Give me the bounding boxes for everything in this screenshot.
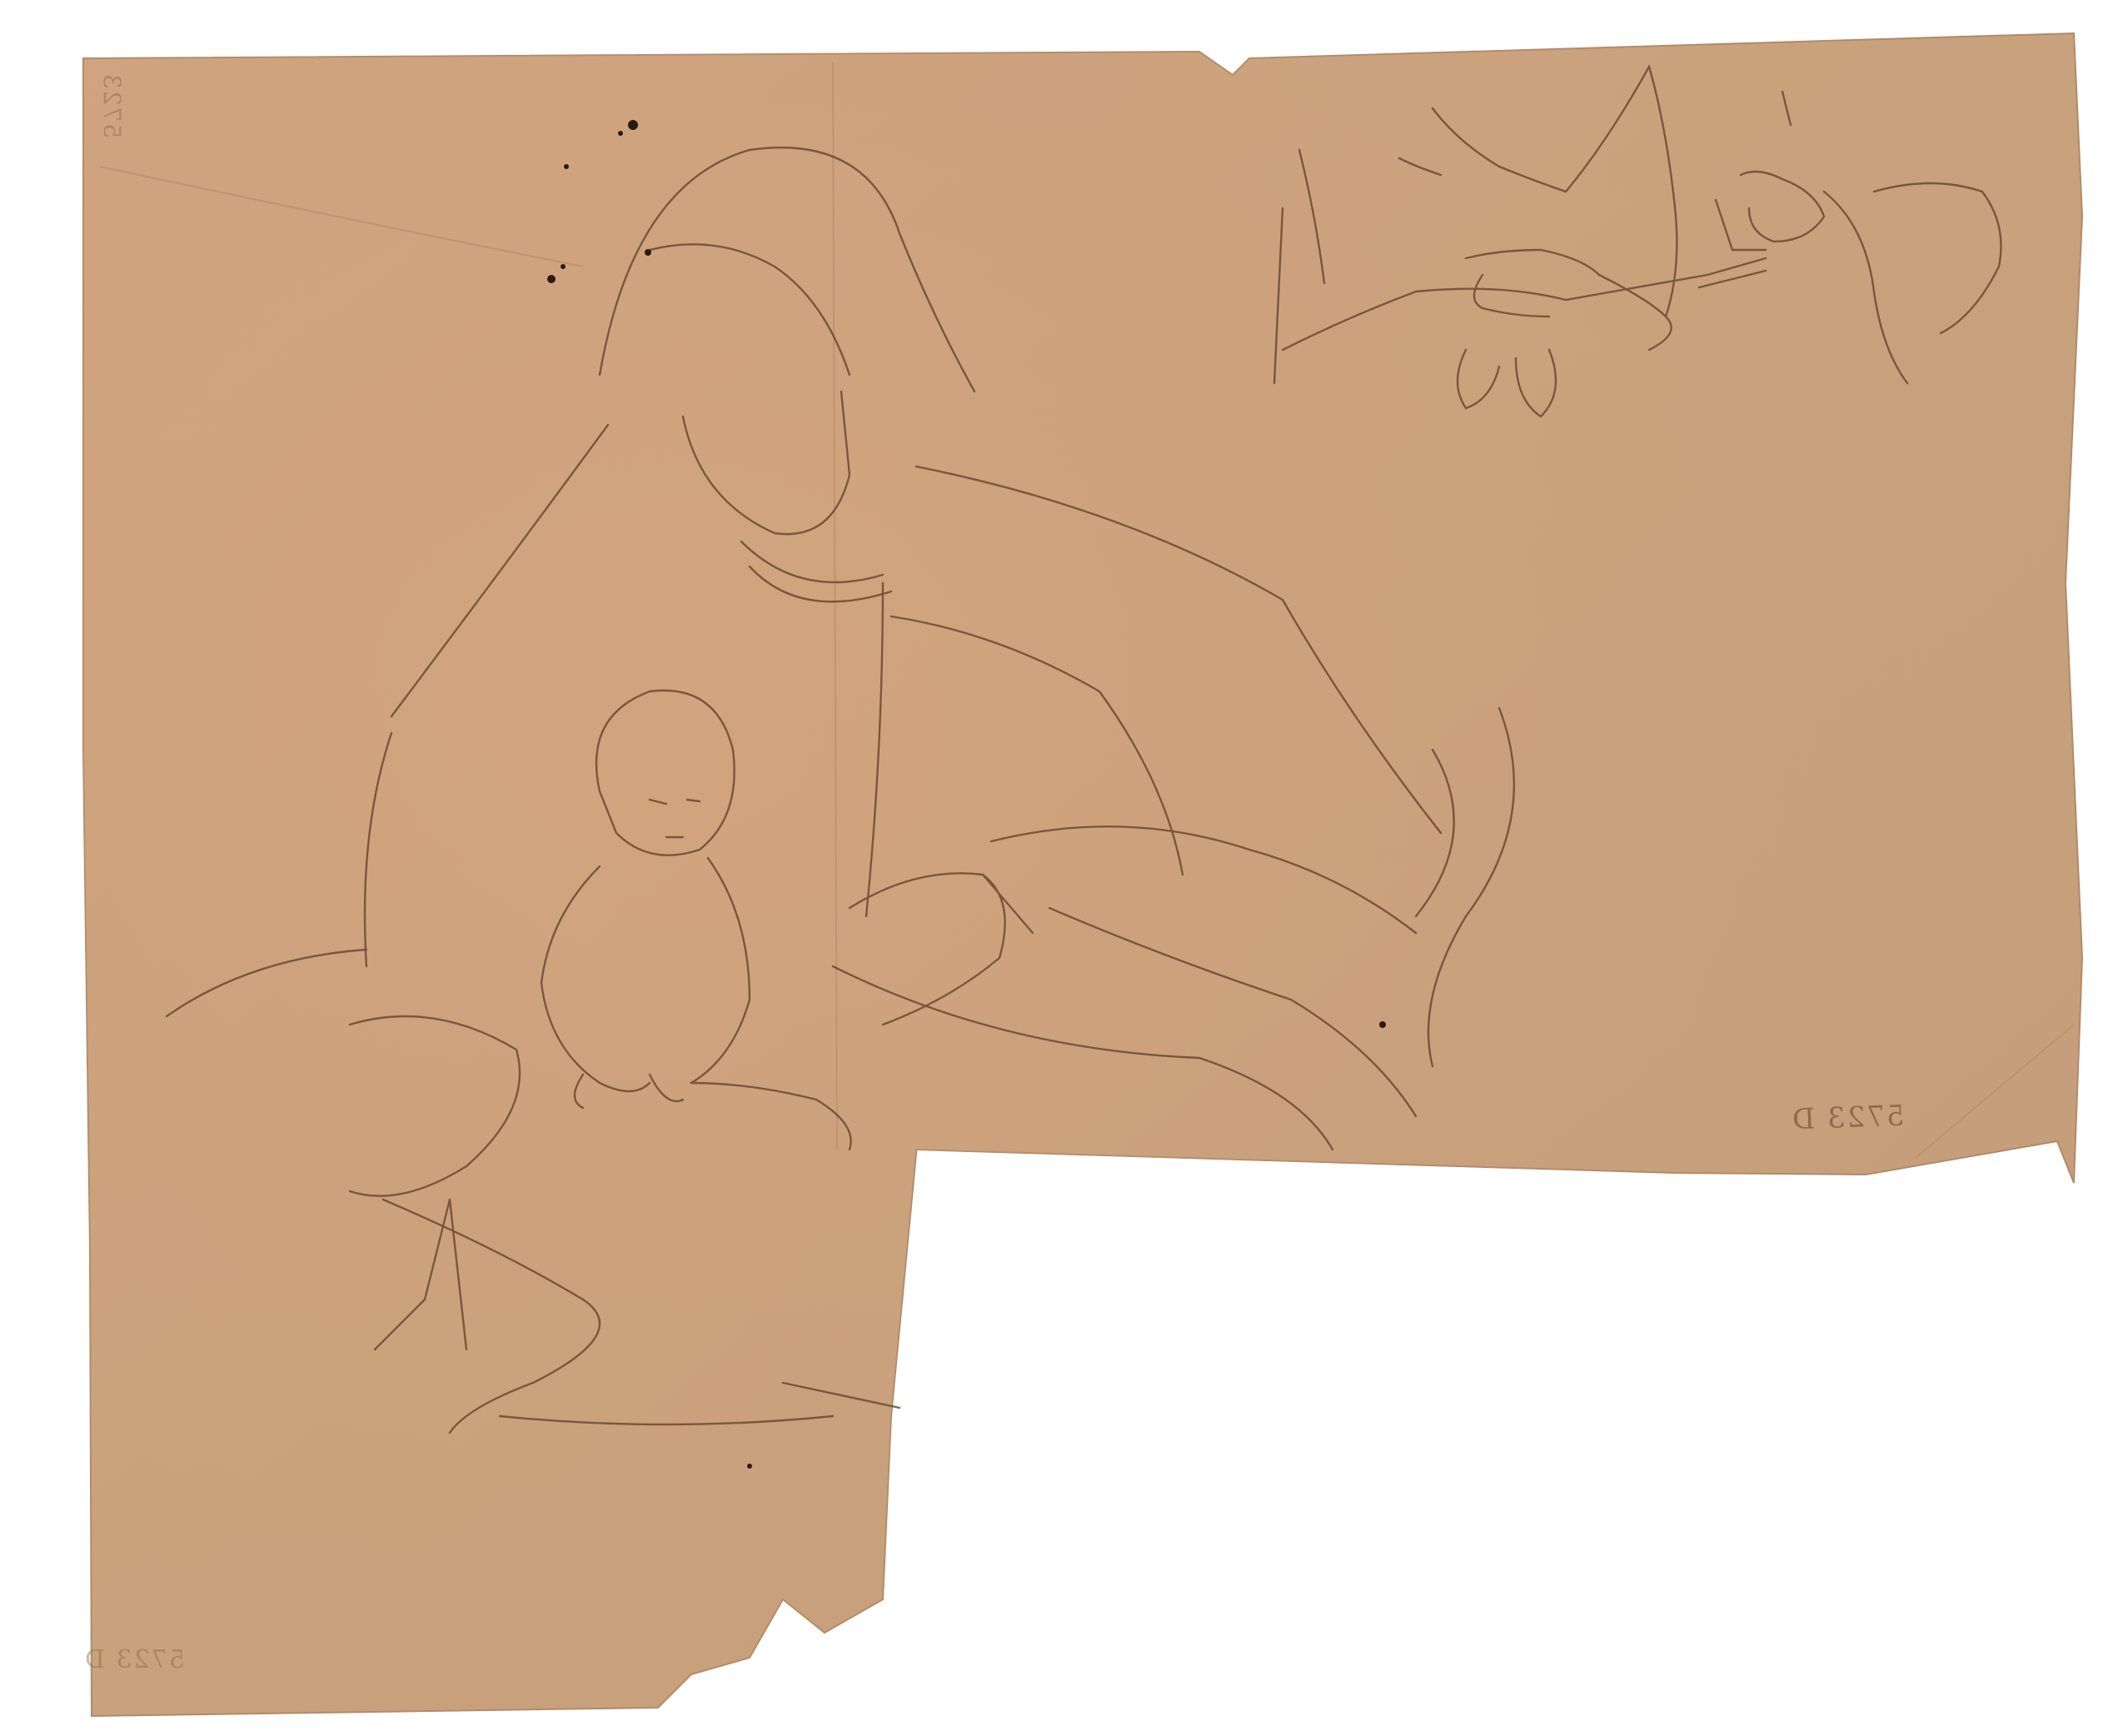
inscription-lower-left: 5723 D — [83, 1645, 185, 1674]
inscription-top-left: 5723 — [98, 72, 126, 138]
inscription-lower-right: 5723 D — [1790, 1100, 1905, 1137]
drawing-on-paper — [0, 0, 2113, 1736]
